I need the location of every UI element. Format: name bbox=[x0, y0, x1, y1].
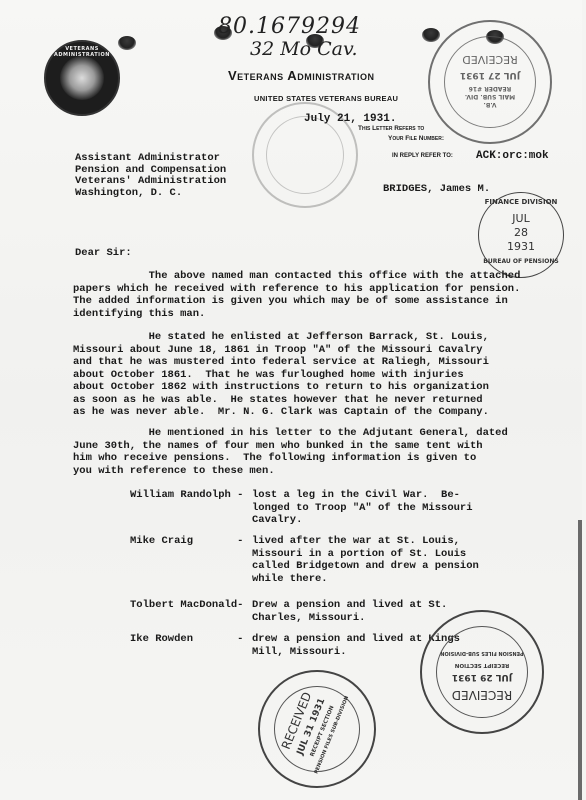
stamp-month: JUL bbox=[478, 212, 564, 225]
stamp-date: JUL 27 1931 bbox=[428, 70, 552, 80]
man-name: Ike Rowden - bbox=[130, 633, 243, 646]
letterhead-subtitle: UNITED STATES VETERANS BUREAU bbox=[254, 94, 398, 103]
man-name: Tolbert MacDonald- bbox=[130, 599, 243, 612]
stamp-year: 1931 bbox=[478, 240, 564, 253]
received-stamp-jul-29: RECEIVED JUL 29 1931 RECEIPT SECTION PEN… bbox=[420, 610, 544, 734]
stamp-text: MAIL SUB. DIV. bbox=[428, 93, 552, 100]
stamp-text: FINANCE DIVISION bbox=[478, 198, 564, 206]
file-reference-label: This Letter Refers to Your File Number: bbox=[358, 124, 444, 144]
file-number-line: Your File Number: bbox=[358, 134, 444, 144]
stamp-text: RECEIPT SECTION bbox=[420, 662, 544, 668]
stamp-text: BUREAU OF PENSIONS bbox=[478, 258, 564, 265]
recipient-address: Assistant Administrator Pension and Comp… bbox=[75, 153, 226, 199]
refers-line: This Letter Refers to bbox=[358, 124, 444, 134]
letterhead-title: Veterans Administration bbox=[228, 68, 375, 83]
paragraph-intro: The above named man contacted this offic… bbox=[73, 270, 543, 320]
man-name: Mike Craig - bbox=[130, 535, 243, 548]
paragraph-tentmates: He mentioned in his letter to the Adjuta… bbox=[73, 427, 543, 477]
man-description: lost a leg in the Civil War. Be- longed … bbox=[252, 489, 473, 527]
stamp-text: RECEIVED bbox=[420, 688, 544, 702]
stamp-text: V.B. bbox=[428, 101, 552, 108]
handwritten-file-number: 80.1679294 bbox=[218, 14, 361, 39]
man-description: lived after the war at St. Louis, Missou… bbox=[252, 535, 479, 585]
man-name: William Randolph - bbox=[130, 489, 243, 502]
page-edge-shadow bbox=[578, 520, 582, 800]
stamp-text: PENSION FILES SUB-DIVISION bbox=[420, 650, 544, 656]
stamp-text: READER #16 bbox=[428, 85, 552, 92]
received-stamp-jul-31: RECEIVED JUL 31 1931 RECEIPT SECTION PEN… bbox=[240, 652, 394, 800]
stamp-day: 28 bbox=[478, 226, 564, 239]
man-description: Drew a pension and lived at St. Charles,… bbox=[252, 599, 447, 624]
stamp-inner-ring bbox=[266, 116, 344, 194]
stamp-text: RECEIVED bbox=[428, 53, 552, 66]
punch-hole bbox=[118, 36, 136, 50]
paragraph-enlistment: He stated he enlisted at Jefferson Barra… bbox=[73, 331, 543, 419]
stamp-date: JUL 29 1931 bbox=[420, 672, 544, 682]
salutation: Dear Sir: bbox=[75, 247, 132, 259]
subject-name: BRIDGES, James M. bbox=[383, 183, 490, 195]
letter-page: VETERANS ADMINISTRATION 80.1679294 32 Mo… bbox=[0, 0, 582, 800]
reply-refer-label: IN REPLY REFER TO: bbox=[392, 153, 453, 159]
eagle-shield-icon bbox=[60, 56, 104, 100]
finance-division-stamp: FINANCE DIVISION JUL 28 1931 BUREAU OF P… bbox=[478, 192, 564, 278]
stamp-inner-ring bbox=[444, 36, 536, 128]
veterans-administration-seal-icon: VETERANS ADMINISTRATION bbox=[44, 40, 120, 116]
reply-reference-code: ACK:orc:mok bbox=[476, 150, 549, 162]
received-stamp-readers: V.B. MAIL SUB. DIV. READER #16 JUL 27 19… bbox=[428, 20, 552, 144]
punch-hole bbox=[422, 28, 440, 42]
handwritten-unit: 32 Mo Cav. bbox=[250, 38, 358, 60]
